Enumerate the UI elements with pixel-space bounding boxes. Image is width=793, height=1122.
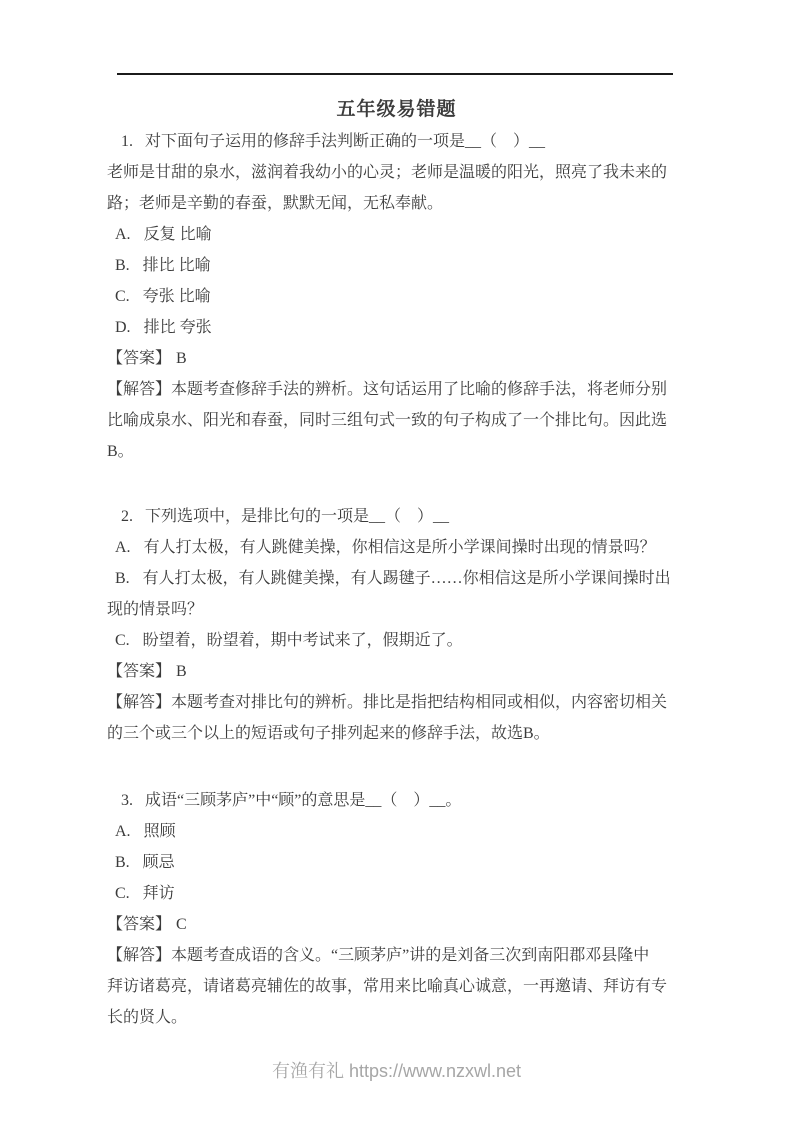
explanation-text: 本题考查成语的含义。“三顾茅庐”讲的是刘备三次到南阳郡邓县隆中 拜访诸葛亮，请诸…: [107, 947, 667, 1026]
answer-line: 【答案】C: [107, 909, 689, 940]
question-passage: 老师是甘甜的泉水，滋润着我幼小的心灵；老师是温暖的阳光，照亮了我未来的 路；老师…: [107, 157, 689, 219]
document-page: 五年级易错题 1.对下面句子运用的修辞手法判断正确的一项是__（ ）__ 老师是…: [0, 0, 793, 1122]
option-row-b: B.顾忌: [107, 847, 689, 878]
question-block-2: 2.下列选项中，是排比句的一项是__（ ）__ A.有人打太极，有人跳健美操，你…: [107, 501, 689, 749]
question-stem: 2.下列选项中，是排比句的一项是__（ ）__: [107, 501, 689, 532]
answer-line: 【答案】B: [107, 656, 689, 687]
option-text: 盼望着，盼望着，期中考试来了，假期近了。: [143, 632, 463, 649]
option-row-c: C.夸张 比喻: [107, 281, 689, 312]
option-label: B.: [115, 854, 130, 871]
answer-value: B: [176, 350, 187, 367]
option-row-a: A.照顾: [107, 816, 689, 847]
page-title: 五年级易错题: [0, 97, 793, 123]
option-row-b: B.排比 比喻: [107, 250, 689, 281]
answer-label: 【答案】: [107, 663, 171, 680]
explanation-label: 【解答】: [107, 947, 171, 964]
answer-value: C: [176, 916, 187, 933]
question-stem-text: 下列选项中，是排比句的一项是__（ ）__: [145, 508, 449, 525]
option-text: 拜访: [143, 885, 175, 902]
option-label: C.: [115, 288, 130, 305]
question-stem: 1.对下面句子运用的修辞手法判断正确的一项是__（ ）__: [107, 126, 689, 157]
option-row-a: A.有人打太极，有人跳健美操，你相信这是所小学课间操时出现的情景吗？: [107, 532, 689, 563]
option-row-d: D.排比 夸张: [107, 312, 689, 343]
option-text: 照顾: [144, 823, 176, 840]
option-label: A.: [115, 823, 131, 840]
explanation-line: 【解答】本题考查对排比句的辨析。排比是指把结构相同或相似，内容密切相关 的三个或…: [107, 687, 689, 749]
explanation-label: 【解答】: [107, 694, 171, 711]
question-number: 1.: [121, 133, 133, 150]
answer-value: B: [176, 663, 187, 680]
explanation-text: 本题考查对排比句的辨析。排比是指把结构相同或相似，内容密切相关 的三个或三个以上…: [107, 694, 667, 742]
option-row-b: B.有人打太极，有人跳健美操，有人踢毽子……你相信这是所小学课间操时出 现的情景…: [107, 563, 689, 625]
option-row-c: C.拜访: [107, 878, 689, 909]
question-number: 3.: [121, 792, 133, 809]
option-text: 反复 比喻: [144, 226, 212, 243]
option-label: A.: [115, 226, 131, 243]
option-row-a: A.反复 比喻: [107, 219, 689, 250]
option-row-c: C.盼望着，盼望着，期中考试来了，假期近了。: [107, 625, 689, 656]
option-text: 有人打太极，有人跳健美操，你相信这是所小学课间操时出现的情景吗？: [144, 539, 656, 556]
option-label: B.: [115, 257, 130, 274]
answer-label: 【答案】: [107, 350, 171, 367]
option-text: 夸张 比喻: [143, 288, 211, 305]
explanation-line: 【解答】本题考查成语的含义。“三顾茅庐”讲的是刘备三次到南阳郡邓县隆中 拜访诸葛…: [107, 940, 689, 1033]
option-label: B.: [115, 570, 130, 587]
option-label: C.: [115, 885, 130, 902]
footer-watermark: 有渔有礼 https://www.nzxwl.net: [0, 1058, 793, 1084]
explanation-line: 【解答】本题考查修辞手法的辨析。这句话运用了比喻的修辞手法，将老师分别 比喻成泉…: [107, 374, 689, 467]
option-label: D.: [115, 319, 131, 336]
question-block-1: 1.对下面句子运用的修辞手法判断正确的一项是__（ ）__ 老师是甘甜的泉水，滋…: [107, 126, 689, 467]
option-text: 排比 夸张: [144, 319, 212, 336]
explanation-label: 【解答】: [107, 381, 171, 398]
option-text: 排比 比喻: [143, 257, 211, 274]
option-text: 有人打太极，有人跳健美操，有人踢毽子……你相信这是所小学课间操时出 现的情景吗？: [107, 570, 671, 618]
option-label: A.: [115, 539, 131, 556]
option-text: 顾忌: [143, 854, 175, 871]
question-block-3: 3.成语“三顾茅庐”中“顾”的意思是__（ ）__。 A.照顾 B.顾忌 C.拜…: [107, 785, 689, 1033]
question-stem-text: 对下面句子运用的修辞手法判断正确的一项是__（ ）__: [145, 133, 545, 150]
question-stem-text: 成语“三顾茅庐”中“顾”的意思是__（ ）__。: [145, 792, 461, 809]
option-label: C.: [115, 632, 130, 649]
question-stem: 3.成语“三顾茅庐”中“顾”的意思是__（ ）__。: [107, 785, 689, 816]
answer-line: 【答案】B: [107, 343, 689, 374]
answer-label: 【答案】: [107, 916, 171, 933]
question-number: 2.: [121, 508, 133, 525]
explanation-text: 本题考查修辞手法的辨析。这句话运用了比喻的修辞手法，将老师分别 比喻成泉水、阳光…: [107, 381, 667, 460]
header-rule: [117, 73, 673, 75]
